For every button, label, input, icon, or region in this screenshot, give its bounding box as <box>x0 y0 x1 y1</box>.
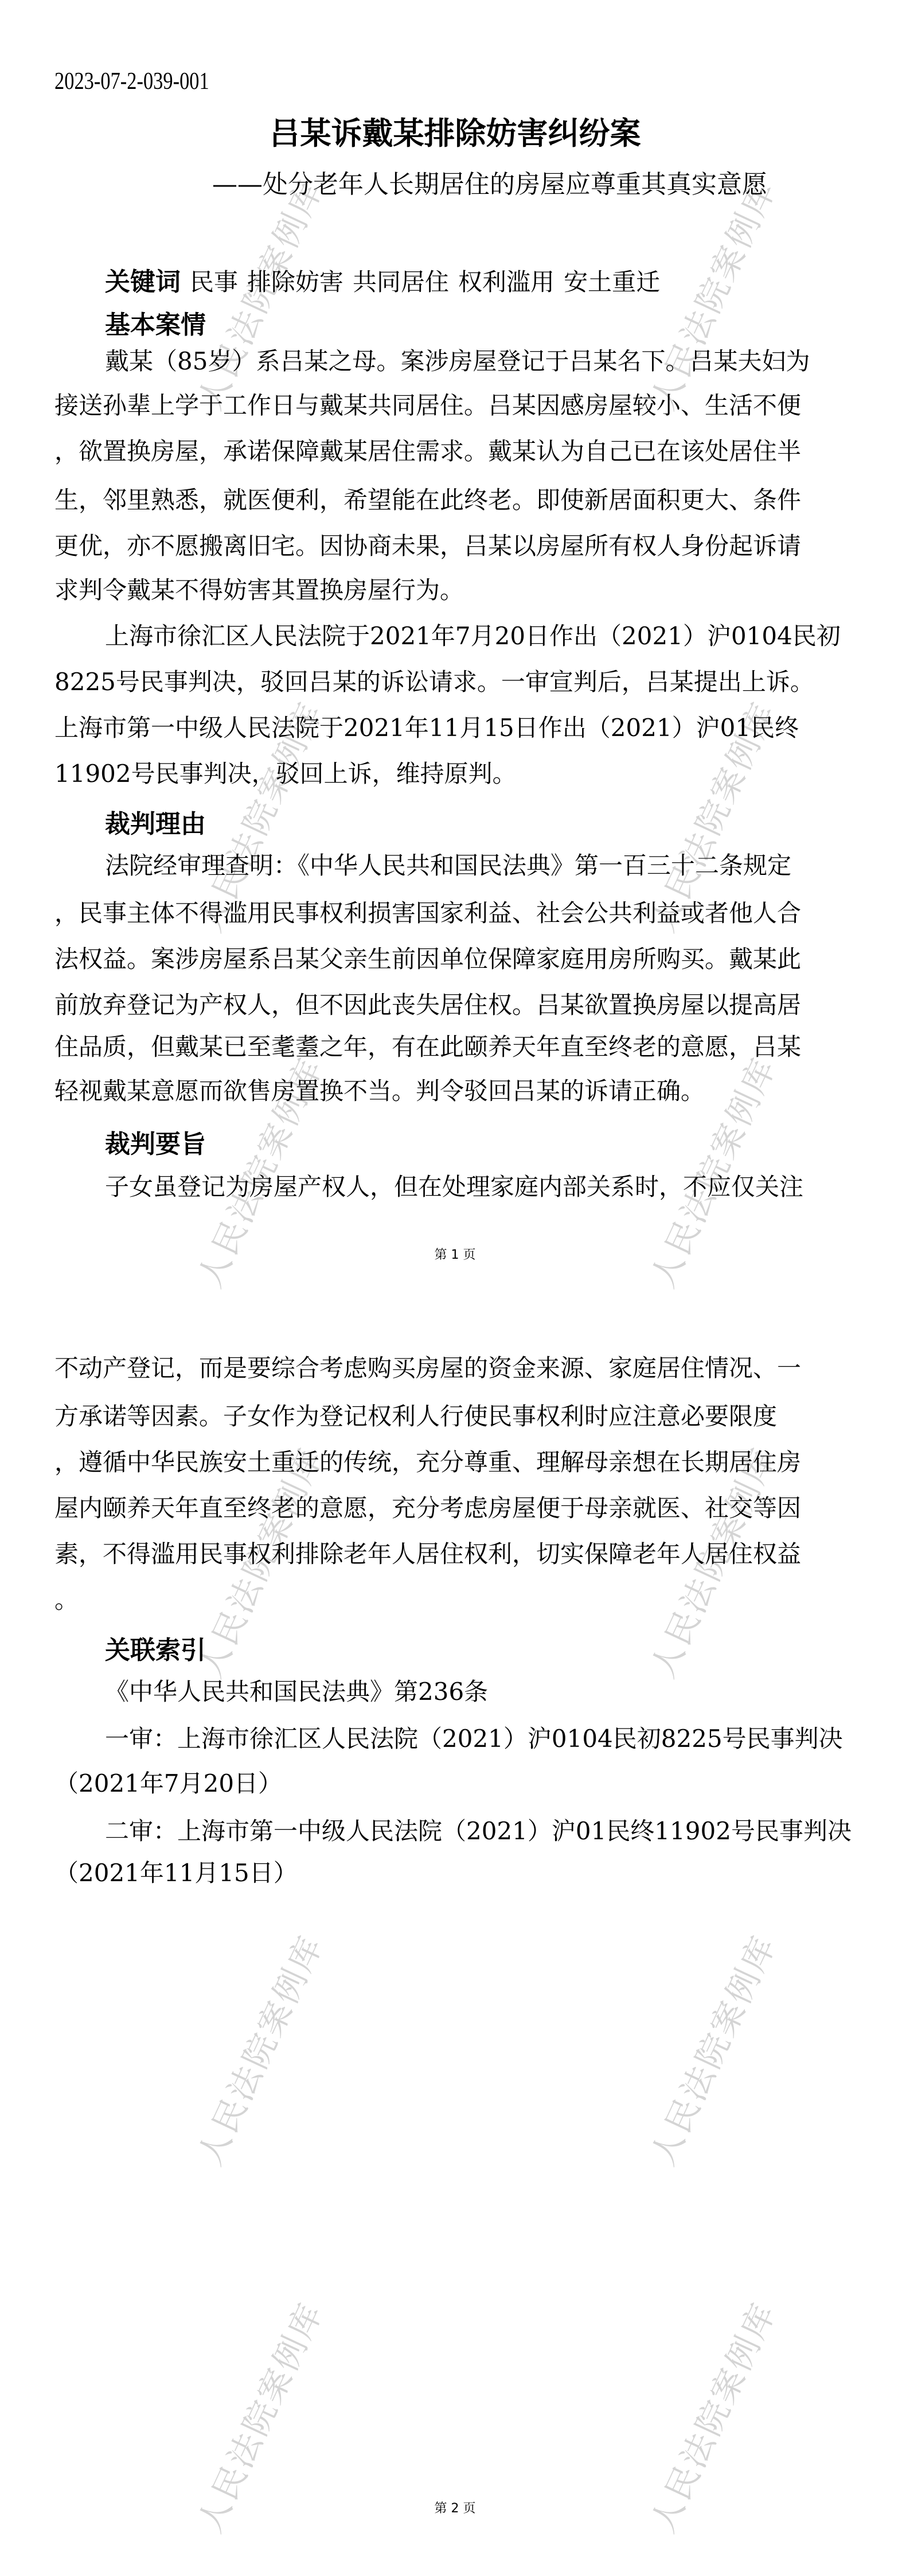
reference-line: 一审：上海市徐汇区人民法院（2021）沪0104民初8225号民事判决 <box>105 1725 843 1753</box>
text-line: 8225号民事判决，驳回吕某的诉讼请求。一审宣判后，吕某提出上诉。 <box>54 668 814 696</box>
keyword: 安土重迁 <box>564 268 660 296</box>
text-line: 法院经审理查明：《中华人民共和国民法典》第一百三十二条规定 <box>105 852 791 880</box>
text-line: ，民事主体不得滥用民事权利损害国家利益、社会公共利益或者他人合 <box>54 900 801 927</box>
document-title: 吕某诉戴某排除妨害纠纷案 <box>0 109 910 153</box>
page-number: 第 2 页 <box>0 2499 910 2516</box>
reference-line: 二审：上海市第一中级人民法院（2021）沪01民终11902号民事判决 <box>105 1818 852 1845</box>
section-heading-references: 关联索引 <box>105 1629 206 1666</box>
text-line: 方承诺等因素。子女作为登记权利人行使民事权利时应注意必要限度 <box>54 1403 777 1430</box>
keyword: 共同居住 <box>353 268 449 296</box>
text-line: 更优，亦不愿搬离旧宅。因协商未果，吕某以房屋所有权人身份起诉请 <box>54 532 801 560</box>
section-heading-basic-facts: 基本案情 <box>105 304 206 341</box>
text-line: 上海市第一中级人民法院于2021年11月15日作出（2021）沪01民终 <box>54 714 799 742</box>
text-line: 接送孙辈上学于工作日与戴某共同居住。吕某因感房屋较小、生活不便 <box>54 392 801 419</box>
text-line: ，遵循中华民族安土重迁的传统，充分尊重、理解母亲想在长期居住房 <box>54 1449 801 1476</box>
watermark: 人民法院案例库 <box>183 1926 333 2172</box>
text-line: 不动产登记，而是要综合考虑购买房屋的资金来源、家庭居住情况、一 <box>54 1355 801 1382</box>
text-line: 法权益。案涉房屋系吕某父亲生前因单位保障家庭用房所购买。戴某此 <box>54 945 801 973</box>
text-line: 住品质，但戴某已至耄耋之年，有在此颐养天年直至终老的意愿，吕某 <box>54 1033 801 1061</box>
text-line: ，欲置换房屋，承诺保障戴某居住需求。戴某认为自己已在该处居住半 <box>54 438 801 465</box>
keyword: 排除妨害 <box>247 268 343 296</box>
text-line: 上海市徐汇区人民法院于2021年7月20日作出（2021）沪0104民初 <box>105 622 841 650</box>
text-line: 戴某（85岁）系吕某之母。案涉房屋登记于吕某名下。吕某夫妇为 <box>105 348 810 375</box>
document-subtitle: ——处分老年人长期居住的房屋应尊重其真实意愿 <box>212 164 767 200</box>
case-id: 2023-07-2-039-001 <box>54 68 209 95</box>
text-line: 。 <box>54 1586 79 1614</box>
section-heading-gist: 裁判要旨 <box>105 1123 206 1160</box>
text-line: 子女虽登记为房屋产权人，但在处理家庭内部关系时，不应仅关注 <box>105 1173 803 1201</box>
text-line: 前放弃登记为产权人，但不因此丧失居住权。吕某欲置换房屋以提高居 <box>54 991 801 1019</box>
page-number: 第 1 页 <box>0 1245 910 1263</box>
keyword: 权利滥用 <box>458 268 554 296</box>
keywords-row: 关键词民事排除妨害共同居住权利滥用安土重迁 <box>105 261 660 298</box>
text-line: 素，不得滥用民事权利排除老年人居住权利，切实保障老年人居住权益 <box>54 1540 801 1568</box>
text-line: 生，邻里熟悉，就医便利，希望能在此终老。即使新居面积更大、条件 <box>54 487 801 514</box>
keyword: 民事 <box>190 268 238 296</box>
text-line: 求判令戴某不得妨害其置换房屋行为。 <box>54 577 464 604</box>
watermark: 人民法院案例库 <box>636 1926 786 2172</box>
text-line: 屋内颐养天年直至终老的意愿，充分考虑房屋便于母亲就医、社交等因 <box>54 1495 801 1522</box>
reference-line: 《中华人民共和国民法典》第236条 <box>105 1678 488 1706</box>
reference-line: （2021年7月20日） <box>54 1770 282 1797</box>
reference-line: （2021年11月15日） <box>54 1859 298 1887</box>
section-heading-reasoning: 裁判理由 <box>105 803 206 840</box>
keywords-label: 关键词 <box>105 267 181 297</box>
text-line: 轻视戴某意愿而欲售房置换不当。判令驳回吕某的诉请正确。 <box>54 1077 705 1105</box>
text-line: 11902号民事判决，驳回上诉，维持原判。 <box>54 760 517 788</box>
